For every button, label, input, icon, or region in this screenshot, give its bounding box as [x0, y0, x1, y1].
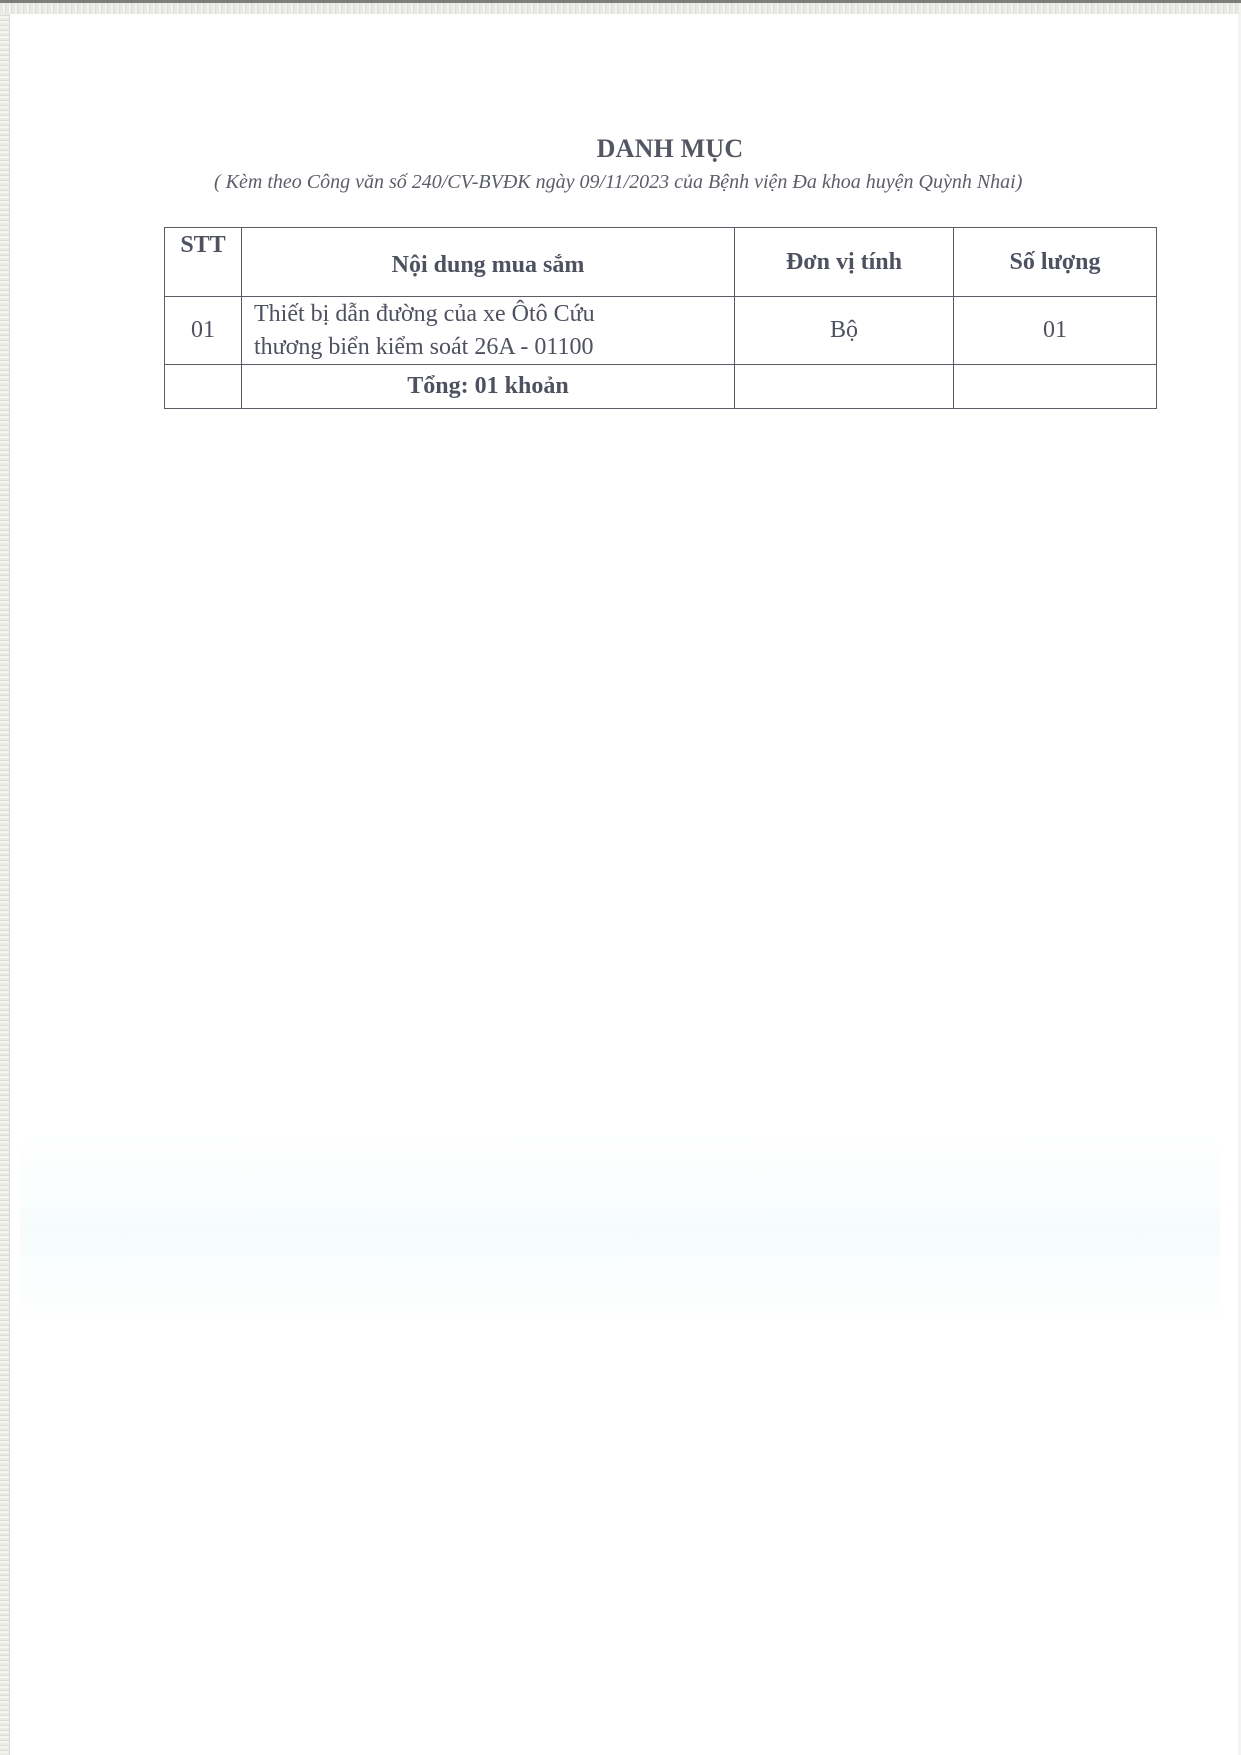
header-content: Nội dung mua sắm: [242, 228, 735, 297]
total-unit: [735, 365, 954, 409]
table-total-row: Tổng: 01 khoản: [165, 365, 1157, 409]
table-header-row: STT Nội dung mua sắm Đơn vị tính Số lượn…: [165, 228, 1157, 297]
header-quantity: Số lượng: [954, 228, 1157, 297]
cell-unit: Bộ: [735, 297, 954, 365]
total-quantity: [954, 365, 1157, 409]
cell-stt: 01: [165, 297, 242, 365]
table-row: 01 Thiết bị dẫn đường của xe Ôtô Cứu thư…: [165, 297, 1157, 365]
total-stt: [165, 365, 242, 409]
cell-content: Thiết bị dẫn đường của xe Ôtô Cứu thương…: [242, 297, 735, 365]
cell-quantity: 01: [954, 297, 1157, 365]
document-title: DANH MỤC: [0, 134, 1241, 164]
header-unit: Đơn vị tính: [735, 228, 954, 297]
scan-edge-left: [0, 14, 9, 1755]
header-stt: STT: [165, 228, 242, 297]
cell-content-line: thương biển kiểm soát 26A - 01100: [254, 331, 734, 364]
scan-edge-left-line: [9, 14, 10, 1755]
procurement-table: STT Nội dung mua sắm Đơn vị tính Số lượn…: [164, 227, 1157, 409]
document-subtitle: ( Kèm theo Công văn số 240/CV-BVĐK ngày …: [214, 171, 1144, 194]
scan-edge-top: [0, 0, 1241, 14]
total-label: Tổng: 01 khoản: [242, 365, 735, 409]
scan-tint: [20, 1130, 1220, 1330]
cell-content-line: Thiết bị dẫn đường của xe Ôtô Cứu: [254, 298, 734, 331]
